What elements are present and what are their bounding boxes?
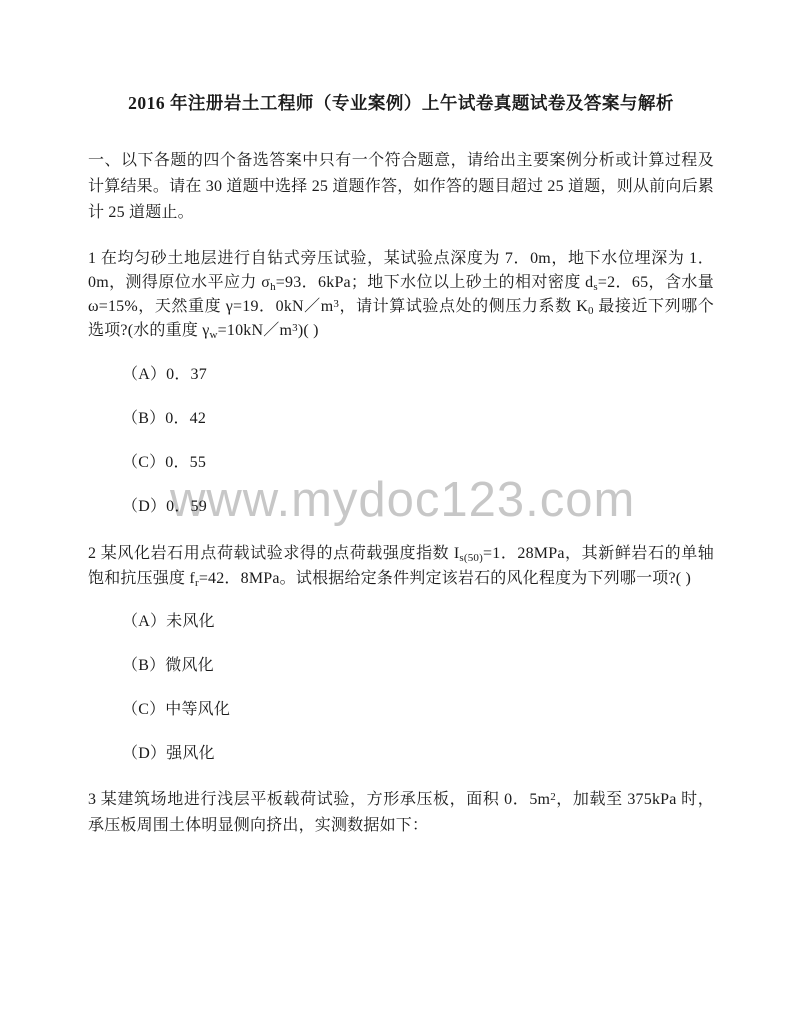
question-2-stem: 2 某风化岩石用点荷载试验求得的点荷载强度指数 Is(50)=1．28MPa，其… — [88, 541, 714, 591]
question-2-option-c: （C）中等风化 — [88, 698, 714, 722]
question-1-stem: 1 在均匀砂土地层进行自钻式旁压试验，某试验点深度为 7．0m，地下水位埋深为 … — [88, 247, 714, 343]
question-1-options: （A）0．37 （B）0．42 （C）0．55 （D）0．59 — [88, 363, 714, 519]
question-2-option-a: （A）未风化 — [88, 610, 714, 634]
question-1: 1 在均匀砂土地层进行自钻式旁压试验，某试验点深度为 7．0m，地下水位埋深为 … — [88, 247, 714, 519]
question-2: 2 某风化岩石用点荷载试验求得的点荷载强度指数 Is(50)=1．28MPa，其… — [88, 541, 714, 766]
question-1-option-c: （C）0．55 — [88, 451, 714, 475]
question-2-option-b: （B）微风化 — [88, 654, 714, 678]
document-title: 2016 年注册岩土工程师（专业案例）上午试卷真题试卷及答案与解析 — [88, 0, 714, 116]
document-content: 2016 年注册岩土工程师（专业案例）上午试卷真题试卷及答案与解析 一、以下各题… — [0, 0, 800, 839]
question-1-option-b: （B）0．42 — [88, 407, 714, 431]
question-3-stem: 3 某建筑场地进行浅层平板载荷试验，方形承压板，面积 0．5m2，加载至 375… — [88, 787, 714, 839]
document-page: www.mydoc123.com 2016 年注册岩土工程师（专业案例）上午试卷… — [0, 0, 800, 1036]
question-2-option-d: （D）强风化 — [88, 742, 714, 766]
question-2-options: （A）未风化 （B）微风化 （C）中等风化 （D）强风化 — [88, 610, 714, 766]
question-1-option-d: （D）0．59 — [88, 495, 714, 519]
section-instructions: 一、以下各题的四个备选答案中只有一个符合题意，请给出主要案例分析或计算过程及计算… — [88, 148, 714, 226]
question-3: 3 某建筑场地进行浅层平板载荷试验，方形承压板，面积 0．5m2，加载至 375… — [88, 787, 714, 839]
question-1-option-a: （A）0．37 — [88, 363, 714, 387]
